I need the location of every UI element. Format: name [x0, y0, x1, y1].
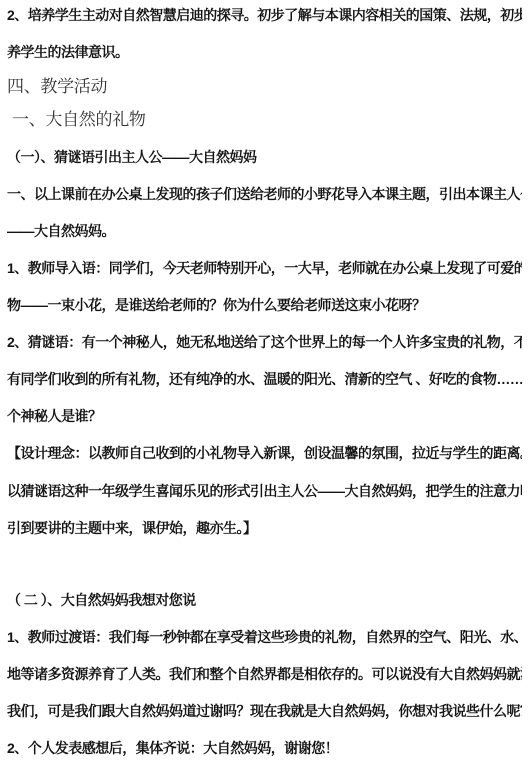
text-line: 2、猜谜语：有一个神秘人，她无私地送给了这个世界上的每一个人许多宝贵的礼物，不仅 [7, 324, 522, 361]
paragraph-part-1-intro: 一、以上课前在办公桌上发现的孩子们送给老师的小野花导入本课主题，引出本课主人公 … [7, 176, 522, 250]
text-line: 2、培养学生主动对自然智慧启迪的探寻。初步了解与本课内容相关的国策、法规，初步培 [7, 0, 522, 34]
paragraph-objective-2: 2、培养学生主动对自然智慧启迪的探寻。初步了解与本课内容相关的国策、法规，初步培… [7, 0, 522, 71]
text-line: 引到要讲的主题中来，课伊始，趣亦生。】 [7, 510, 522, 547]
text-line: 四、教学活动 [7, 71, 522, 102]
text-line: 【设计理念：以教师自己收到的小礼物导入新课，创设温馨的氛围，拉近与学生的距离。再 [7, 435, 522, 472]
text-line: 物——一束小花，是谁送给老师的？你为什么要给老师送这束小花呀？ [7, 287, 522, 324]
text-line: 2、个人发表感想后，集体齐说：大自然妈妈，谢谢您！ [7, 730, 522, 766]
text-line: 一、以上课前在办公桌上发现的孩子们送给老师的小野花导入本课主题，引出本课主人公 [7, 176, 522, 213]
paragraph-part-2-title: （ 二 ）、大自然妈妈我想对您说 [7, 582, 522, 619]
text-line: ——大自然妈妈。 [7, 213, 522, 250]
paragraph-teacher-lead-in: 1、教师导入语：同学们，今天老师特别开心，一大早，老师就在办公桌上发现了可爱的礼… [7, 250, 522, 324]
blank-line [7, 547, 522, 584]
paragraph-group-thanks: 2、个人发表感想后，集体齐说：大自然妈妈，谢谢您！ [7, 730, 522, 766]
text-line: 1、教师过渡语：我们每一秒钟都在享受着这些珍贵的礼物，自然界的空气、阳光、水、土 [7, 619, 522, 656]
paragraph-design-note: 【设计理念：以教师自己收到的小礼物导入新课，创设温馨的氛围，拉近与学生的距离。再… [7, 435, 522, 546]
text-line: （ 二 ）、大自然妈妈我想对您说 [7, 582, 522, 619]
text-line: （一）、猜谜语引出主人公——大自然妈妈 [7, 139, 522, 176]
paragraph-teacher-transition: 1、教师过渡语：我们每一秒钟都在享受着这些珍贵的礼物，自然界的空气、阳光、水、土… [7, 619, 522, 730]
subheading-gift-of-nature: 一、大自然的礼物 [7, 104, 522, 135]
document-page: 2、培养学生主动对自然智慧启迪的探寻。初步了解与本课内容相关的国策、法规，初步培… [0, 0, 531, 766]
text-line: 个神秘人是谁？ [7, 398, 522, 435]
text-line: 我们，可是我们跟大自然妈妈道过谢吗？现在我就是大自然妈妈，你想对我说些什么呢？ [7, 693, 522, 730]
paragraph-riddle: 2、猜谜语：有一个神秘人，她无私地送给了这个世界上的每一个人许多宝贵的礼物，不仅… [7, 324, 522, 435]
text-line: 一、大自然的礼物 [12, 104, 522, 135]
heading-section-4-teaching-activities: 四、教学活动 [7, 71, 522, 102]
text-line: 地等诸多资源养育了人类。我们和整个自然界都是相依存的。可以说没有大自然妈妈就没有 [7, 656, 522, 693]
paragraph-part-1-title: （一）、猜谜语引出主人公——大自然妈妈 [7, 139, 522, 176]
text-line: 养学生的法律意识。 [7, 34, 522, 71]
text-line: 有同学们收到的所有礼物，还有纯净的水、温暖的阳光、清新的空气 、好吃的食物……这 [7, 361, 522, 398]
text-line: 以猜谜语这种一年级学生喜闻乐见的形式引出主人公——大自然妈妈，把学生的注意力吸 [7, 473, 522, 510]
text-line: 1、教师导入语：同学们，今天老师特别开心，一大早，老师就在办公桌上发现了可爱的礼 [7, 250, 522, 287]
